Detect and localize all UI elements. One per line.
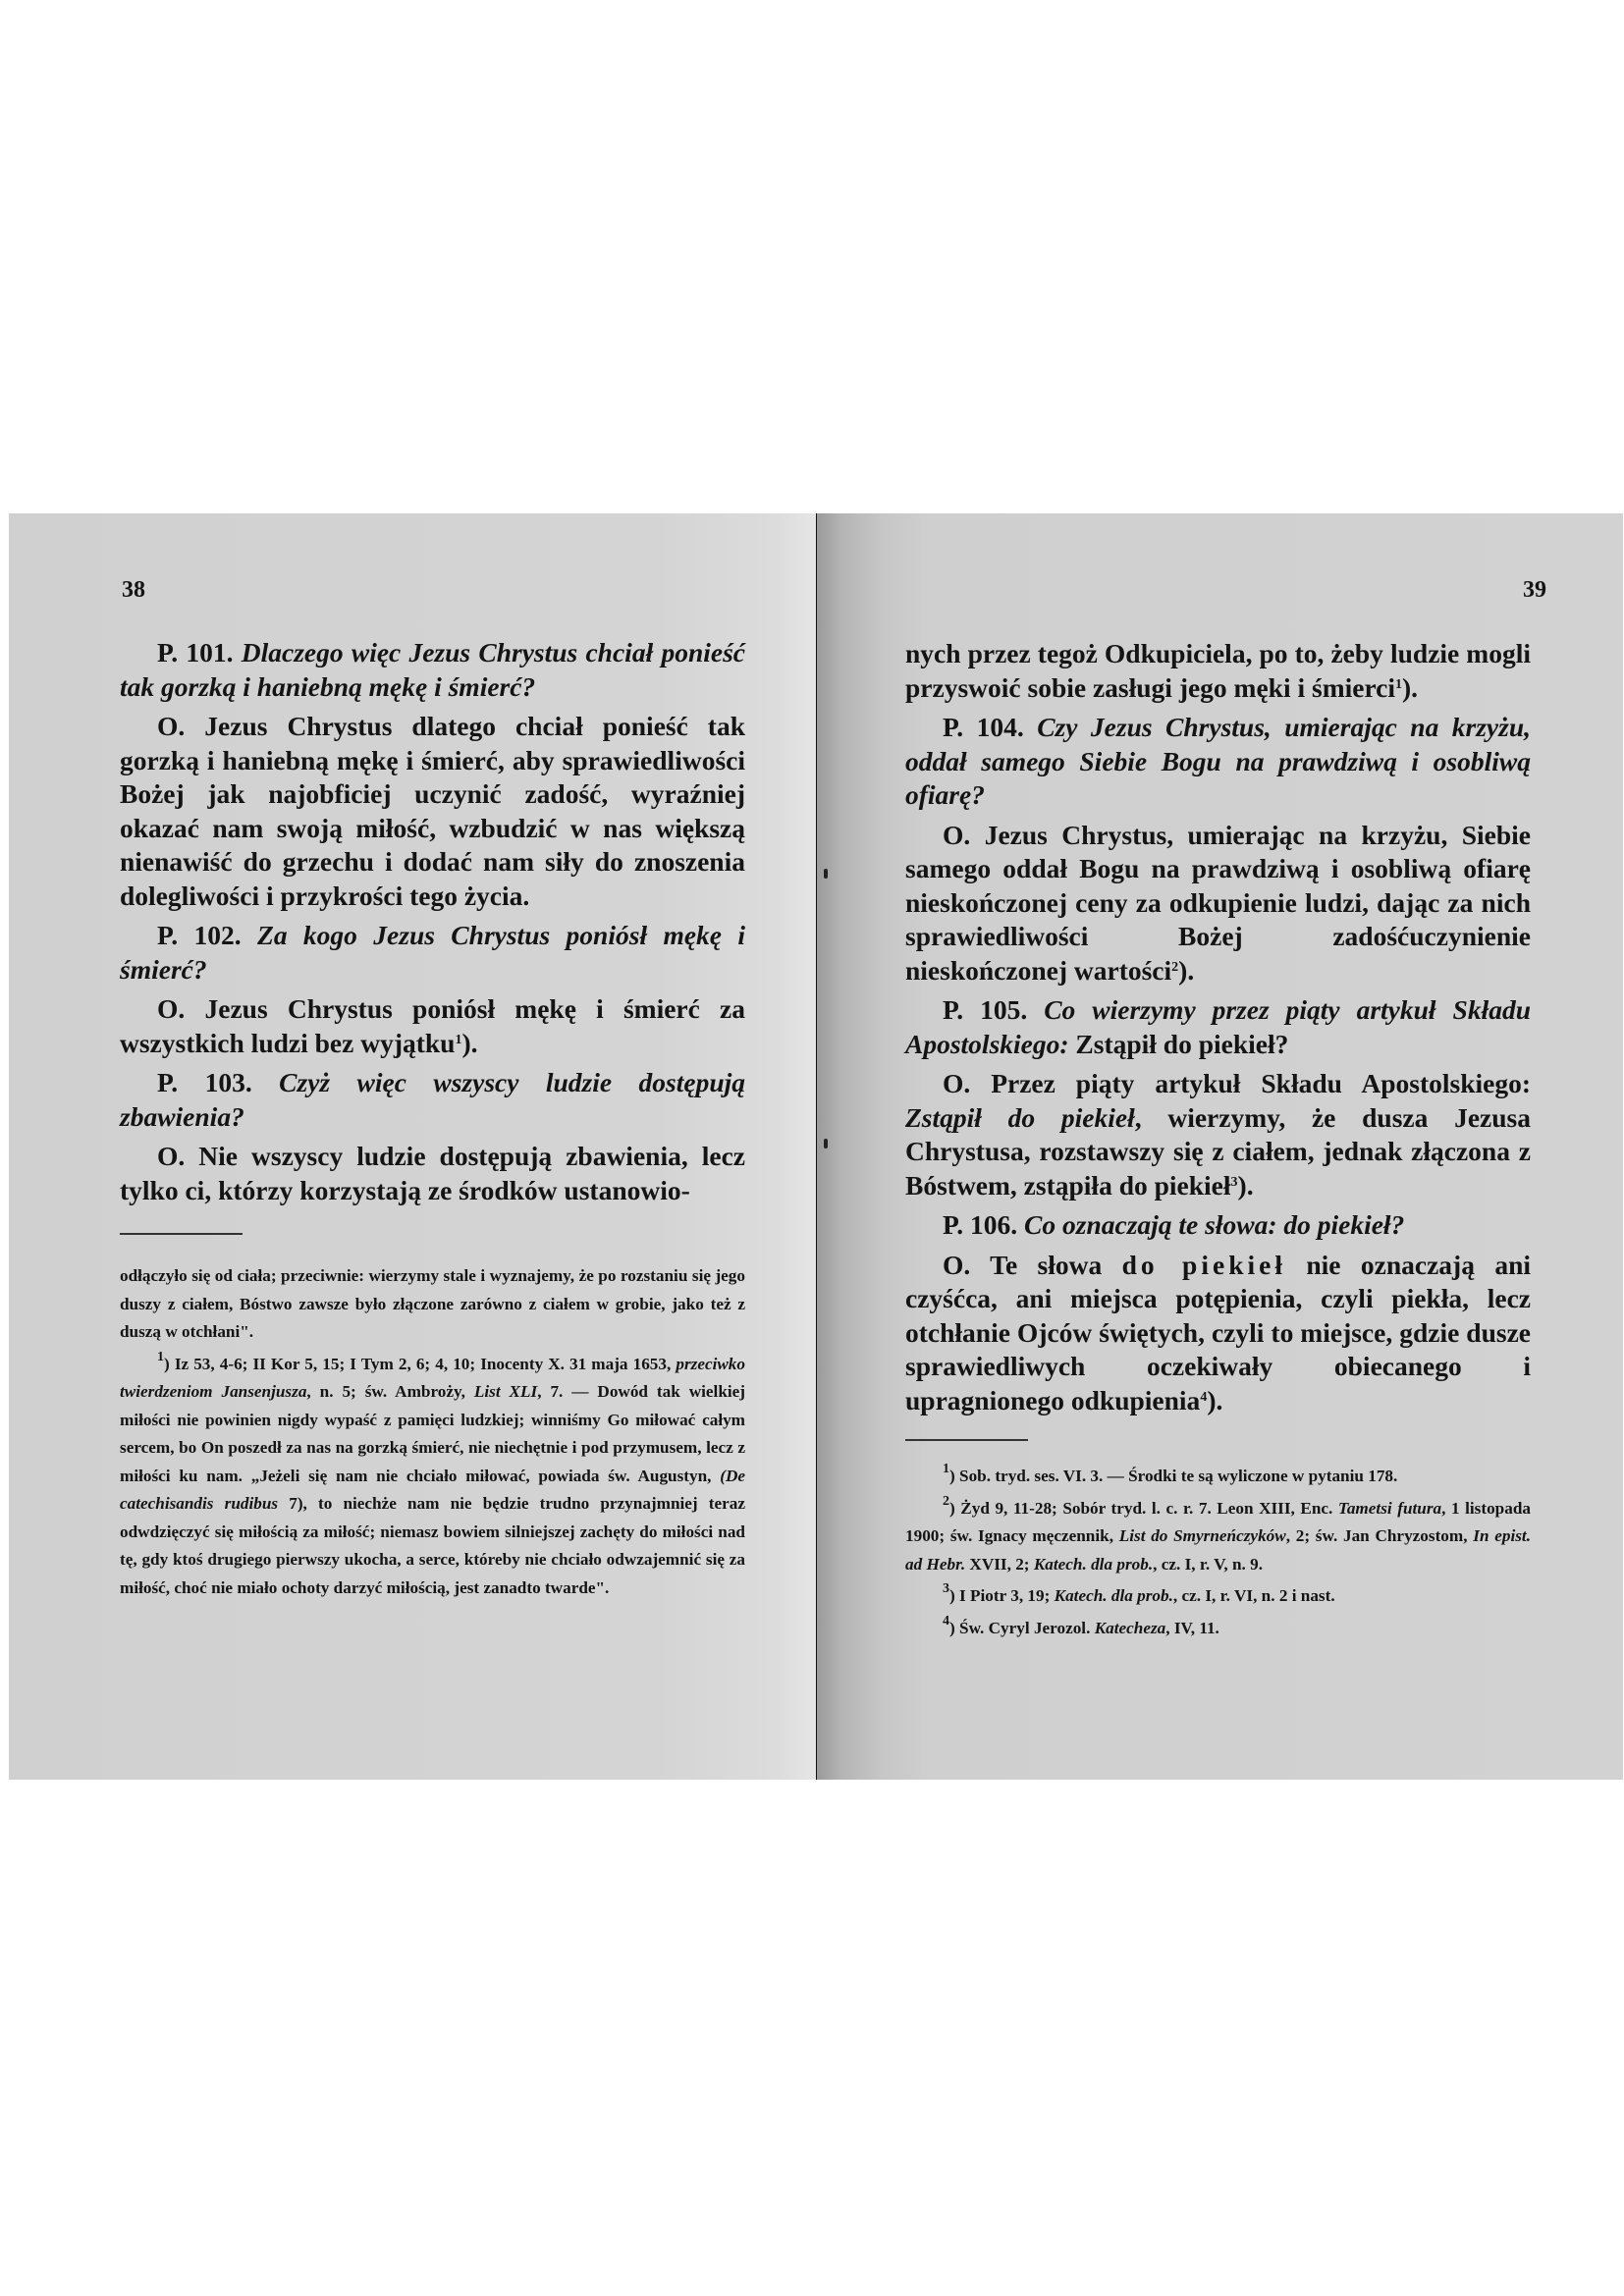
page-number: 39 <box>1523 577 1546 604</box>
question-label: P. 104. <box>943 712 1024 742</box>
footnote-italic-text: Katech. dla prob. <box>1034 1555 1153 1574</box>
footnote-marker: 1 <box>157 1350 164 1364</box>
footnotes: odłączyło się od ciała; przeciwnie: wier… <box>120 1262 745 1602</box>
footnote-divider <box>905 1439 1028 1441</box>
footnote-text: I Piotr 3, 19; <box>959 1586 1055 1605</box>
answer-105: O. Przez piąty artykuł Składu Apostolski… <box>905 1067 1531 1202</box>
answer-tail: ). <box>1178 955 1194 986</box>
scan-speck <box>824 1139 828 1148</box>
answer-label: O. <box>157 1141 185 1171</box>
answer-tail: ). <box>1402 672 1418 703</box>
answer-label: O. <box>157 993 185 1024</box>
footnote-marker-paren: ) <box>949 1619 959 1637</box>
footnote-divider <box>120 1233 243 1235</box>
footnote-continuation: odłączyło się od ciała; przeciwnie: wier… <box>120 1262 745 1347</box>
question-label: P. 103. <box>157 1067 252 1097</box>
footnote-italic-text: List XLI <box>474 1382 537 1401</box>
footnote-marker-paren: ) <box>949 1499 960 1518</box>
page-number: 38 <box>122 577 145 604</box>
footnote: 4) Św. Cyryl Jerozol. Katecheza, IV, 11. <box>905 1615 1531 1643</box>
footnote: 3) I Piotr 3, 19; Katech. dla prob., cz.… <box>905 1582 1531 1611</box>
question-103: P. 103. Czyż więc wszyscy ludzie dostępu… <box>120 1066 745 1134</box>
footnote-marker: 4 <box>943 1614 949 1629</box>
answer-102: O. Jezus Chrystus poniósł mękę i śmierć … <box>120 992 745 1060</box>
footnote: 1) Iz 53, 4-6; II Kor 5, 15; I Tym 2, 6;… <box>120 1351 745 1603</box>
footnote-marker-paren: ) <box>949 1467 959 1485</box>
answer-tail: ). <box>1207 1385 1222 1415</box>
footnote: 1) Sob. tryd. ses. VI. 3. — Środki te są… <box>905 1463 1531 1491</box>
footnote-text: , n. 5; św. Ambroży, <box>306 1382 473 1401</box>
answer-text: Jezus Chrystus poniósł mękę i śmierć za … <box>120 993 745 1058</box>
footnote-text: , 2; św. Jan Chryzostom, <box>1286 1526 1474 1545</box>
question-plain-tail: Zstąpił do piekieł? <box>1075 1029 1288 1059</box>
footnote-marker: 1 <box>943 1462 949 1476</box>
question-104: P. 104. Czy Jezus Chrystus, umierając na… <box>905 711 1531 813</box>
continuation-paragraph: nych przez tegoż Odkupiciela, po to, żeb… <box>905 637 1531 705</box>
footnote-text: , cz. I, r. V, n. 9. <box>1153 1555 1263 1574</box>
question-label: P. 106. <box>943 1209 1017 1240</box>
footnote-ref[interactable]: 3 <box>1231 1175 1238 1190</box>
answer-italic: Zstąpił do piekieł <box>905 1102 1135 1133</box>
footnote-text: Iz 53, 4-6; II Kor 5, 15; I Tym 2, 6; 4,… <box>175 1355 677 1373</box>
footnote-italic-text: List do Smyrneńczyków <box>1119 1526 1286 1545</box>
footnote-marker: 3 <box>943 1581 949 1596</box>
footnote-italic-text: Tametsi futura <box>1338 1499 1441 1518</box>
answer-text: Nie wszyscy ludzie dostępują zbawienia, … <box>120 1141 745 1205</box>
answer-106: O. Te słowa do piekieł nie oznaczają ani… <box>905 1249 1531 1418</box>
answer-label: O. <box>943 820 970 850</box>
answer-103: O. Nie wszyscy ludzie dostępują zbawieni… <box>120 1140 745 1207</box>
left-page: 38 P. 101. Dlaczego więc Jezus Chrystus … <box>9 513 817 1780</box>
scan-speck <box>824 869 828 879</box>
footnote-marker-paren: ) <box>949 1586 959 1605</box>
question-102: P. 102. Za kogo Jezus Chrystus poniósł m… <box>120 919 745 987</box>
answer-text: Te słowa <box>990 1250 1102 1280</box>
body-text: P. 101. Dlaczego więc Jezus Chrystus chc… <box>120 636 745 1606</box>
footnote-italic-text: Katech. dla prob. <box>1055 1586 1173 1605</box>
answer-spaced-emphasis: do piekieł <box>1122 1250 1286 1280</box>
question-label: P. 101. <box>157 637 234 667</box>
question-101: P. 101. Dlaczego więc Jezus Chrystus chc… <box>120 636 745 704</box>
footnote-italic-text: Katecheza <box>1095 1619 1166 1637</box>
footnote-text: , IV, 11. <box>1165 1619 1219 1637</box>
body-text: nych przez tegoż Odkupiciela, po to, żeb… <box>905 637 1531 1646</box>
answer-text: Jezus Chrystus dlatego chciał ponieść ta… <box>120 711 745 911</box>
footnote-text: XVII, 2; <box>965 1555 1034 1574</box>
right-page: 39 nych przez tegoż Odkupiciela, po to, … <box>817 513 1623 1780</box>
footnote-text: Św. Cyryl Jerozol. <box>959 1619 1095 1637</box>
answer-label: O. <box>943 1250 970 1280</box>
question-105: P. 105. Co wierzymy przez piąty artykuł … <box>905 993 1531 1061</box>
footnote: 2) Żyd 9, 11-28; Sobór tryd. l. c. r. 7.… <box>905 1495 1531 1579</box>
answer-101: O. Jezus Chrystus dlatego chciał ponieść… <box>120 710 745 913</box>
question-label: P. 102. <box>157 920 242 950</box>
question-text: Co oznaczają te słowa: do piekieł? <box>1024 1209 1404 1240</box>
question-106: P. 106. Co oznaczają te słowa: do piekie… <box>905 1208 1531 1243</box>
footnote-marker: 2 <box>943 1494 949 1509</box>
answer-label: O. <box>157 711 185 741</box>
footnote-text: , cz. I, r. VI, n. 2 i nast. <box>1173 1586 1335 1605</box>
answer-text: Przez piąty artykuł Składu Apostolskiego… <box>991 1068 1531 1098</box>
footnote-ref[interactable]: 1 <box>1395 677 1402 692</box>
footnote-text: Sob. tryd. ses. VI. 3. — Środki te są wy… <box>959 1467 1397 1485</box>
footnotes: 1) Sob. tryd. ses. VI. 3. — Środki te są… <box>905 1463 1531 1642</box>
answer-label: O. <box>943 1068 970 1098</box>
answer-104: O. Jezus Chrystus, umierając na krzyżu, … <box>905 819 1531 988</box>
answer-text: Jezus Chrystus, umierając na krzyżu, Sie… <box>905 820 1531 986</box>
book-scan: 38 P. 101. Dlaczego więc Jezus Chrystus … <box>9 513 1623 1780</box>
footnote-marker-paren: ) <box>164 1355 175 1373</box>
answer-tail: ). <box>1238 1170 1254 1201</box>
question-label: P. 105. <box>943 994 1027 1025</box>
continuation-text: nych przez tegoż Odkupiciela, po to, żeb… <box>905 638 1531 703</box>
answer-tail: ). <box>461 1028 477 1058</box>
footnote-text: Żyd 9, 11-28; Sobór tryd. l. c. r. 7. Le… <box>960 1499 1338 1518</box>
